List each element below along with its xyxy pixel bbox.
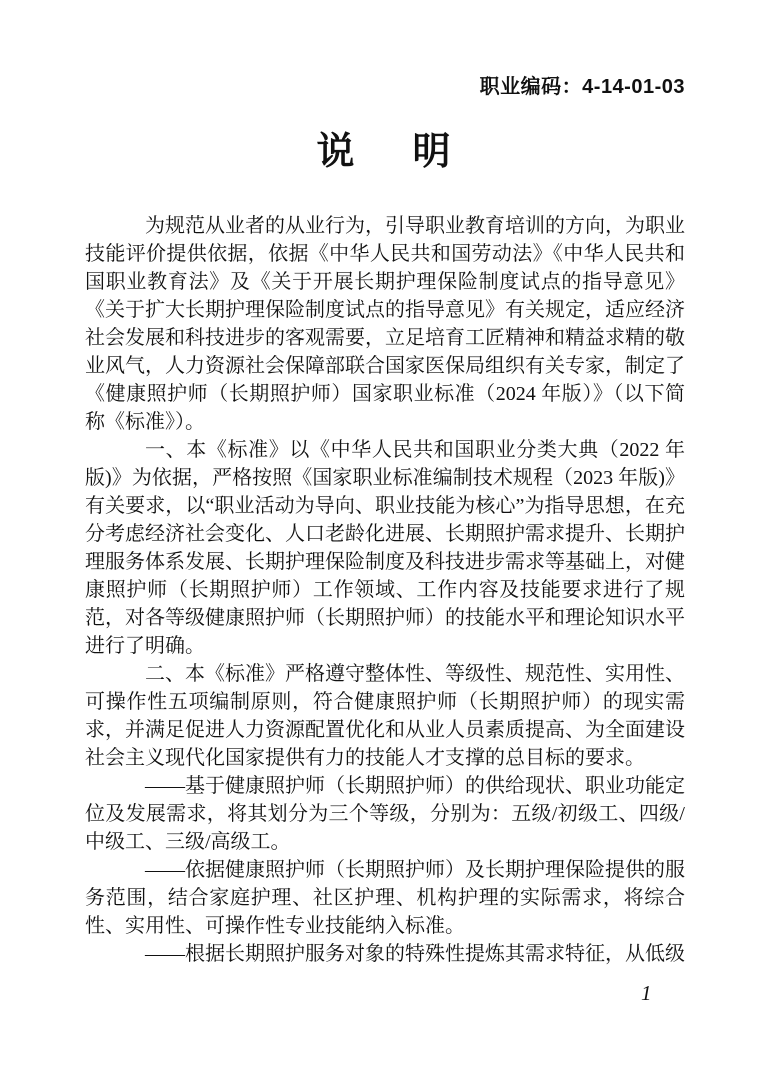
page-title-char-2: 明 [413, 130, 451, 174]
body-paragraph-dash-needs: ——根据长期照护服务对象的特殊性提炼其需求特征，从低级 [85, 940, 685, 968]
page-number: 1 [641, 981, 652, 1006]
body-paragraph-item-one: 一、本《标准》以《中华人民共和国职业分类大典（2022 年版)》为依据，严格按照… [85, 436, 685, 660]
body-paragraph-intro: 为规范从业者的从业行为，引导职业教育培训的方向，为职业技能评价提供依据，依据《中… [85, 212, 685, 436]
document-body: 为规范从业者的从业行为，引导职业教育培训的方向，为职业技能评价提供依据，依据《中… [85, 212, 685, 968]
page-title: 说 明 [0, 130, 767, 174]
document-page: 职业编码：4-14-01-03 说 明 为规范从业者的从业行为，引导职业教育培训… [0, 0, 767, 1077]
body-paragraph-item-two: 二、本《标准》严格遵守整体性、等级性、规范性、实用性、可操作性五项编制原则，符合… [85, 660, 685, 772]
page-title-char-1: 说 [316, 130, 354, 174]
job-code: 职业编码：4-14-01-03 [480, 70, 685, 99]
body-paragraph-dash-levels: ——基于健康照护师（长期照护师）的供给现状、职业功能定位及发展需求，将其划分为三… [85, 772, 685, 856]
body-paragraph-dash-scope: ——依据健康照护师（长期照护师）及长期护理保险提供的服务范围，结合家庭护理、社区… [85, 856, 685, 940]
